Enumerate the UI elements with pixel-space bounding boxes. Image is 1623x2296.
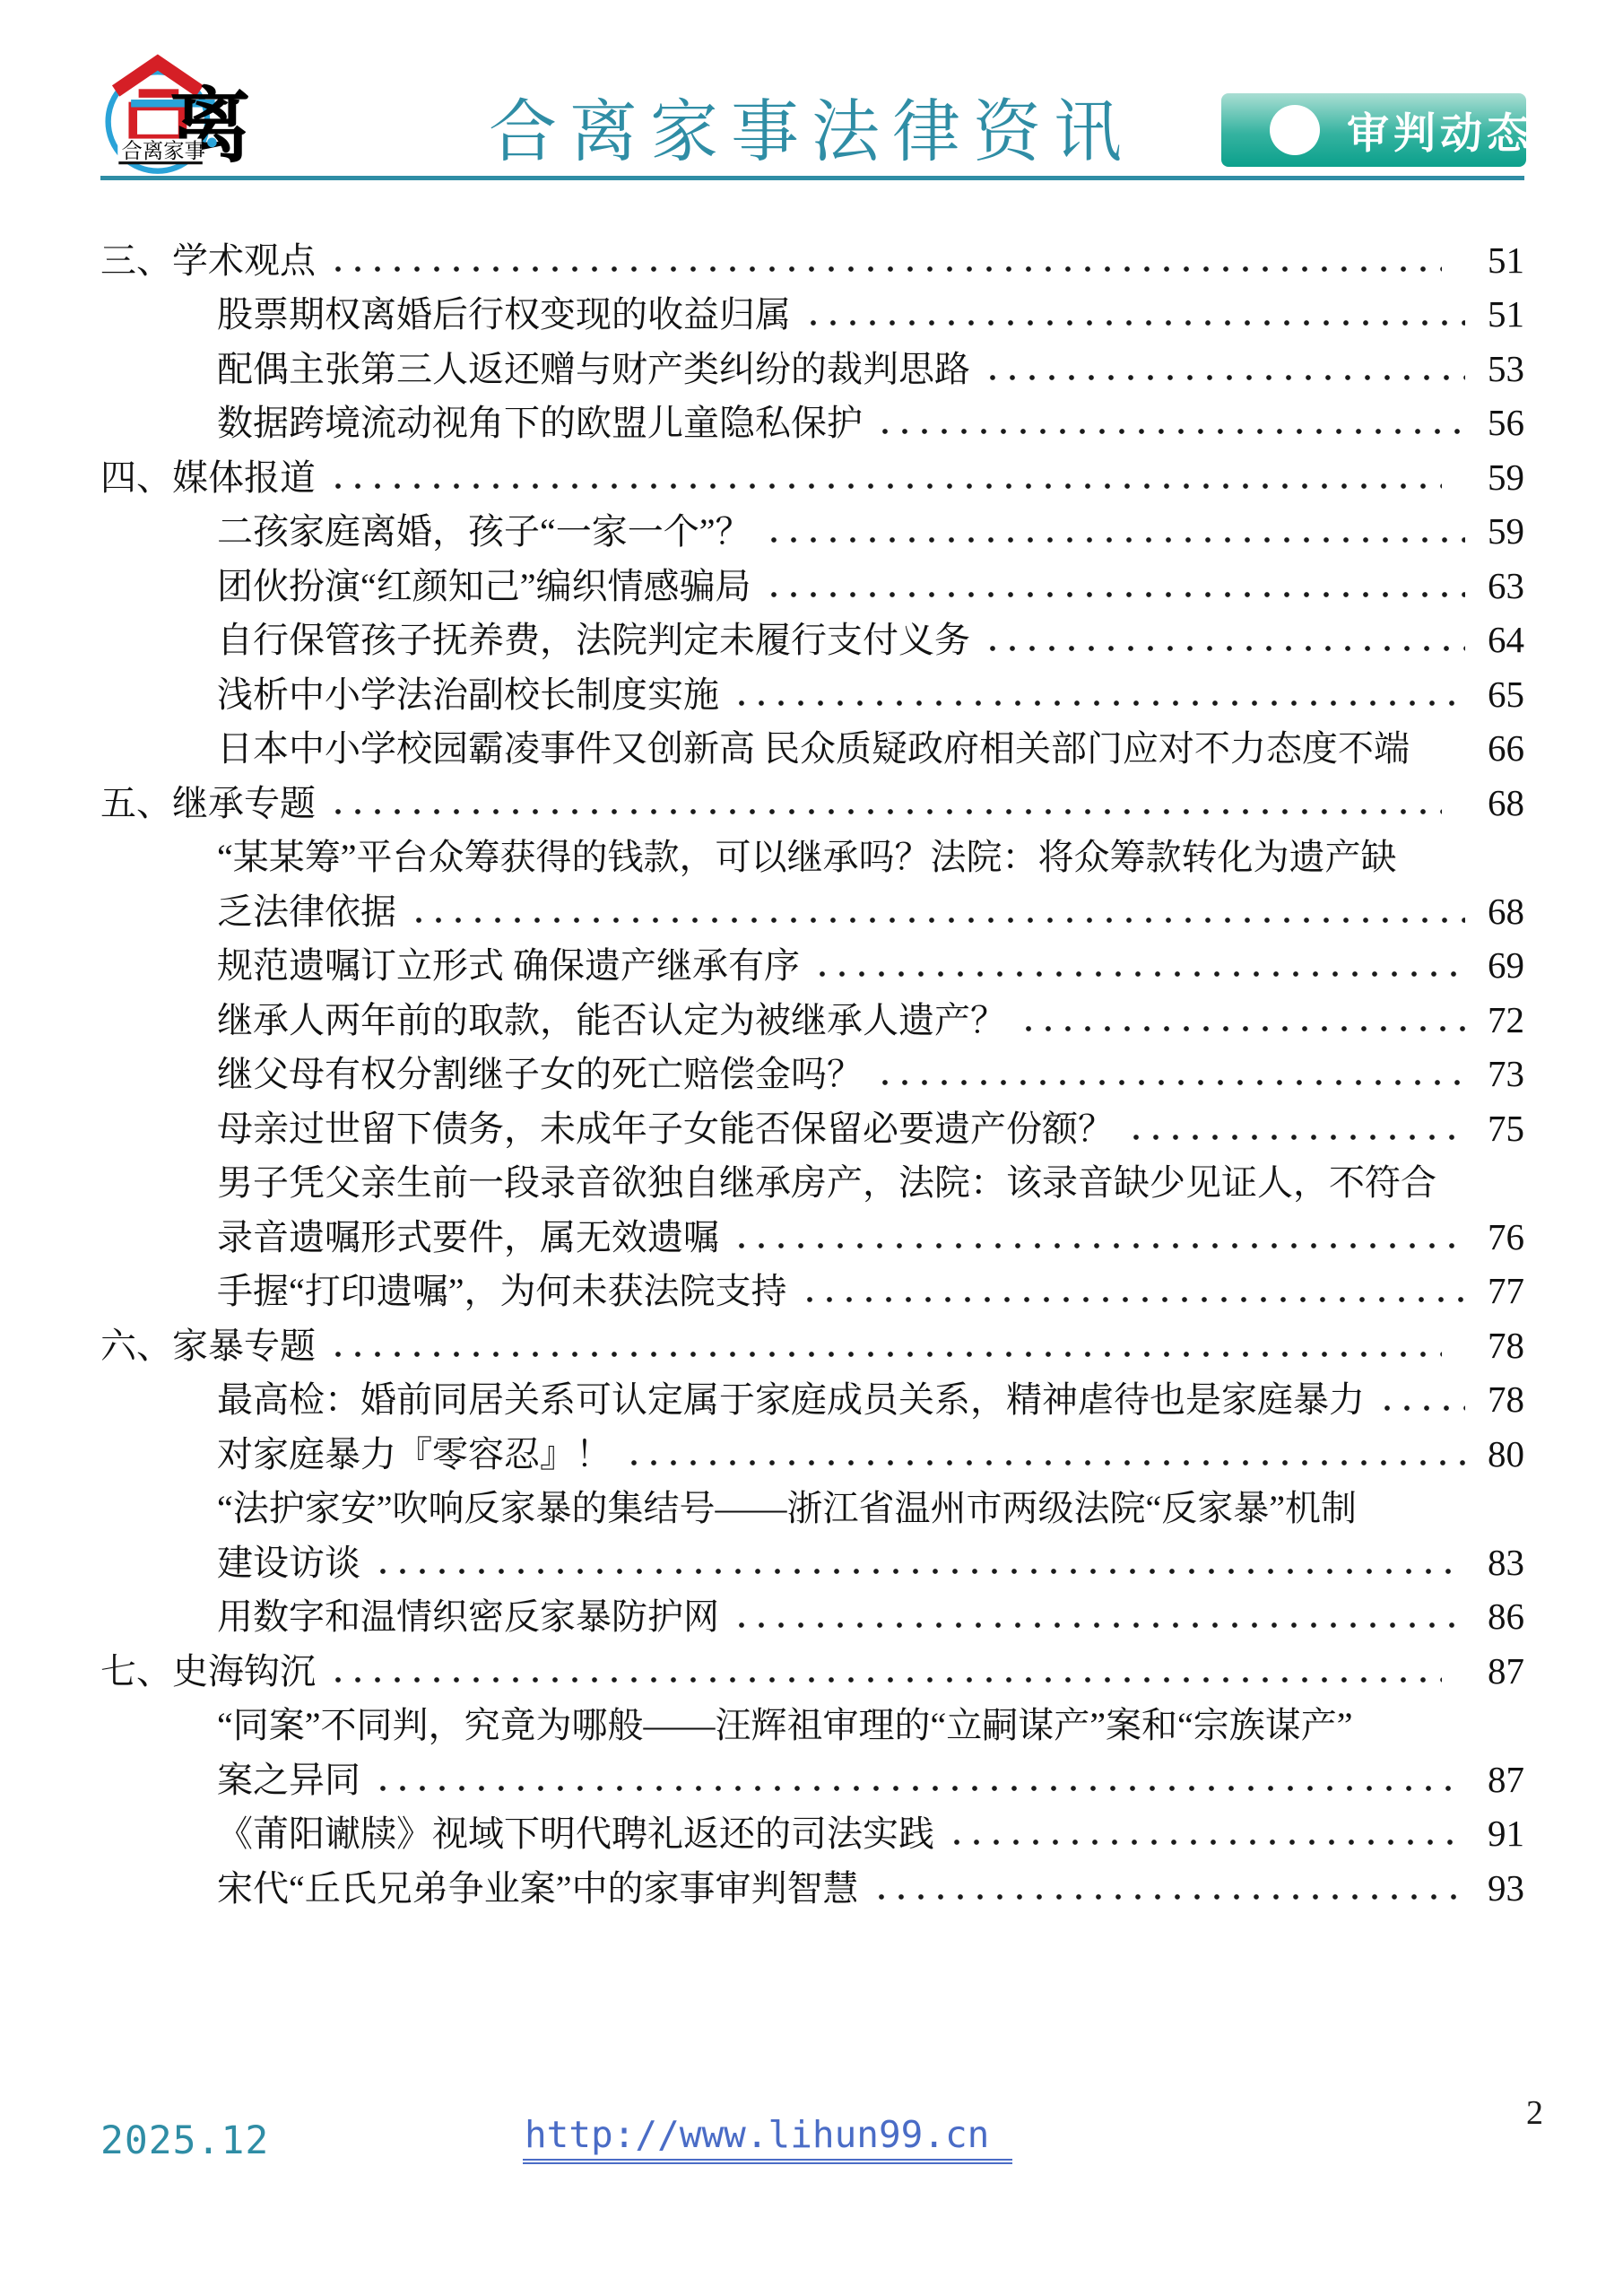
toc-page-number: 65 [1471,676,1524,720]
toc-row: 规范遗嘱订立形式 确保遗产继承有序 69 [100,937,1524,992]
footer-page-number: 2 [1526,2093,1543,2133]
toc-row: 四、媒体报道 59 [100,448,1524,503]
toc-entry-text: 最高检：婚前同居关系可认定属于家庭成员关系，精神虐待也是家庭暴力 [217,1382,1365,1425]
footer-issue-date: 2025.12 [100,2118,269,2163]
toc-page-number: 87 [1471,1761,1524,1805]
toc-entry-text: “法护家安”吹响反家暴的集结号——浙江省温州市两级法院“反家暴”机制 [217,1491,1357,1534]
toc-entry-text: 规范遗嘱订立形式 确保遗产继承有序 [217,948,800,991]
logo-drop-icon [207,138,217,148]
logo-graphic: 离 合离家事 [99,52,251,178]
toc-entry-text: 数据跨境流动视角下的欧盟儿童隐私保护 [217,405,863,448]
toc-dot-leader [977,630,1465,665]
toc-page-number: 86 [1471,1598,1524,1642]
toc-page-number: 56 [1471,404,1524,448]
toc-row: 数据跨境流动视角下的欧盟儿童隐私保护 56 [100,395,1524,449]
toc-dot-leader [1417,738,1465,774]
toc-entry-text: 男子凭父亲生前一段录音欲独自继承房产，法院：该录音缺少见证人，不符合 [217,1165,1436,1208]
toc-page-number: 78 [1447,1327,1524,1371]
toc-entry-text: 浅析中小学法治副校长制度实施 [217,677,719,720]
toc-entry-text: 宋代“丘氏兄弟争业案”中的家事审判智慧 [217,1871,859,1914]
toc-entry-text: 对家庭暴力『零容忍』！ [217,1437,612,1480]
toc-row: 手握“打印遗嘱”，为何未获法院支持 77 [100,1263,1524,1318]
toc-dot-leader [368,1552,1465,1588]
badge-dot-icon [1270,105,1320,155]
toc-dot-leader [323,467,1442,503]
badge-label: 审判动态 [1347,100,1533,161]
toc-dot-leader [1364,1498,1519,1534]
toc-page-number: 75 [1471,1110,1524,1154]
toc: 三、学术观点 51 股票期权离婚后行权变现的收益归属 51 配偶主张第三人返还赠… [100,231,1524,1914]
toc-page-number: 73 [1471,1056,1524,1100]
toc-dot-leader [404,901,1465,937]
toc-entry-text: “某某筹”平台众筹获得的钱款，可以继承吗？法院：将众筹款转化为遗产缺 [217,839,1397,883]
toc-row: 建设访谈 83 [100,1534,1524,1588]
toc-entry-text: 日本中小学校园霸凌事件又创新高 民众质疑政府相关部门应对不力态度不端 [217,731,1410,774]
toc-dot-leader [794,1281,1465,1317]
toc-dot-leader [1372,1389,1465,1425]
toc-page-number: 69 [1471,947,1524,991]
toc-dot-leader [323,250,1442,286]
toc-page-number: 68 [1447,785,1524,829]
toc-page-number: 68 [1471,893,1524,937]
toc-dot-leader [1360,1715,1519,1751]
toc-entry-text: “同案”不同判，究竟为哪般——汪辉祖审理的“立嗣谋产”案和“宗族谋产” [217,1708,1353,1751]
toc-row: 乏法律依据 68 [100,883,1524,937]
toc-entry-text: 继父母有权分割继子女的死亡赔偿金吗？ [217,1057,863,1100]
toc-entry-text: 继承人两年前的取款，能否认定为被继承人遗产？ [217,1003,1006,1046]
toc-row: 二孩家庭离婚，孩子“一家一个”？ 59 [100,503,1524,558]
toc-row: 五、继承专题 68 [100,774,1524,829]
toc-row: 日本中小学校园霸凌事件又创新高 民众质疑政府相关部门应对不力态度不端 66 [100,720,1524,775]
toc-row: 用数字和温情织密反家暴防护网 86 [100,1588,1524,1643]
toc-row: 对家庭暴力『零容忍』！ 80 [100,1425,1524,1480]
toc-entry-text: 手握“打印遗嘱”，为何未获法院支持 [217,1274,787,1317]
newsletter-title: 合离家事法律资讯 [489,77,1134,175]
toc-row: 配偶主张第三人返还赠与财产类纠纷的裁判思路 53 [100,340,1524,395]
toc-row: 六、家暴专题 78 [100,1317,1524,1371]
toc-row: 浅析中小学法治副校长制度实施 65 [100,665,1524,720]
toc-dot-leader [942,1823,1465,1859]
toc-entry-text: 建设访谈 [217,1545,360,1588]
toc-dot-leader [1121,1118,1465,1154]
toc-dot-leader [323,1335,1442,1371]
toc-page-number: 93 [1471,1870,1524,1914]
toc-dot-leader [368,1770,1465,1805]
toc-row: 录音遗嘱形式要件，属无效遗嘱 76 [100,1208,1524,1263]
toc-page-number: 83 [1471,1544,1524,1588]
toc-page-number: 77 [1471,1273,1524,1317]
toc-row: 男子凭父亲生前一段录音欲独自继承房产，法院：该录音缺少见证人，不符合 [100,1154,1524,1209]
toc-row: 最高检：婚前同居关系可认定属于家庭成员关系，精神虐待也是家庭暴力 78 [100,1371,1524,1426]
toc-row: 团伙扮演“红颜知己”编织情感骗局 63 [100,557,1524,612]
toc-dot-leader [726,1606,1465,1642]
toc-dot-leader [1444,1172,1519,1208]
toc-page-number: 51 [1447,242,1524,286]
toc-page-number: 53 [1471,351,1524,395]
toc-row: “法护家安”吹响反家暴的集结号——浙江省温州市两级法院“反家暴”机制 [100,1480,1524,1535]
toc-row: 自行保管孩子抚养费，法院判定未履行支付义务 64 [100,612,1524,666]
category-badge: 审判动态 [1221,93,1526,167]
toc-page-number: 76 [1471,1219,1524,1263]
toc-dot-leader [1404,847,1519,883]
toc-page-number: 66 [1471,730,1524,774]
toc-row: 继承人两年前的取款，能否认定为被继承人遗产？ 72 [100,991,1524,1046]
toc-entry-text: 五、继承专题 [100,786,316,829]
toc-entry-text: 自行保管孩子抚养费，法院判定未履行支付义务 [217,622,970,665]
toc-row: “同案”不同判，究竟为哪般——汪辉祖审理的“立嗣谋产”案和“宗族谋产” [100,1697,1524,1752]
toc-dot-leader [323,1661,1442,1697]
toc-row: 继父母有权分割继子女的死亡赔偿金吗？ 73 [100,1046,1524,1100]
toc-dot-leader [866,1878,1465,1914]
toc-entry-text: 团伙扮演“红颜知己”编织情感骗局 [217,569,751,612]
toc-entry-text: 二孩家庭离婚，孩子“一家一个”？ [217,514,751,557]
toc-page-number: 63 [1471,568,1524,612]
toc-entry-text: 六、家暴专题 [100,1328,316,1371]
toc-entry-text: 七、史海钩沉 [100,1654,316,1697]
toc-page-number: 78 [1471,1381,1524,1425]
toc-row: 案之异同 87 [100,1751,1524,1805]
toc-entry-text: 四、媒体报道 [100,460,316,503]
toc-entry-text: 乏法律依据 [217,894,396,937]
page-root: 离 合离家事 合离家事法律资讯 审判动态 三、学术观点 51 股票期权离婚后行权… [0,0,1623,2296]
toc-page-number: 91 [1471,1815,1524,1859]
toc-dot-leader [323,793,1442,829]
toc-row: 三、学术观点 51 [100,231,1524,286]
toc-dot-leader [726,684,1465,720]
toc-page-number: 51 [1471,296,1524,340]
toc-page-number: 64 [1471,622,1524,665]
header-rule [100,176,1524,180]
toc-dot-leader [726,1227,1465,1263]
toc-dot-leader [977,359,1465,395]
toc-dot-leader [759,521,1465,557]
toc-page-number: 80 [1471,1436,1524,1480]
toc-dot-leader [807,955,1465,991]
toc-dot-leader [870,413,1465,448]
logo-caption: 合离家事 [122,139,205,163]
toc-entry-text: 股票期权离婚后行权变现的收益归属 [217,297,791,340]
toc-dot-leader [1013,1010,1465,1046]
toc-dot-leader [619,1444,1465,1480]
toc-entry-text: 录音遗嘱形式要件，属无效遗嘱 [217,1220,719,1263]
toc-page-number: 59 [1447,459,1524,503]
toc-dot-leader [870,1064,1465,1100]
toc-entry-text: 案之异同 [217,1762,360,1805]
toc-entry-text: 配偶主张第三人返还赠与财产类纠纷的裁判思路 [217,352,970,395]
toc-row: 宋代“丘氏兄弟争业案”中的家事审判智慧 93 [100,1859,1524,1914]
toc-row: 七、史海钩沉 87 [100,1642,1524,1697]
toc-row: 母亲过世留下债务，未成年子女能否保留必要遗产份额？ 75 [100,1100,1524,1154]
toc-entry-text: 母亲过世留下债务，未成年子女能否保留必要遗产份额？ [217,1111,1114,1154]
footer-url-link[interactable]: http://www.lihun99.cn [523,2113,1012,2164]
toc-dot-leader [759,576,1465,612]
toc-entry-text: 用数字和温情织密反家暴防护网 [217,1599,719,1642]
toc-row: 《莆阳谳牍》视域下明代聘礼返还的司法实践 91 [100,1805,1524,1860]
toc-page-number: 72 [1471,1002,1524,1046]
toc-entry-text: 三、学术观点 [100,243,316,286]
toc-page-number: 59 [1471,513,1524,557]
toc-row: “某某筹”平台众筹获得的钱款，可以继承吗？法院：将众筹款转化为遗产缺 [100,829,1524,883]
toc-row: 股票期权离婚后行权变现的收益归属 51 [100,286,1524,341]
toc-page-number: 87 [1447,1653,1524,1697]
toc-dot-leader [798,304,1465,340]
toc-entry-text: 《莆阳谳牍》视域下明代聘礼返还的司法实践 [217,1816,934,1859]
logo-caption-underline [118,161,203,164]
